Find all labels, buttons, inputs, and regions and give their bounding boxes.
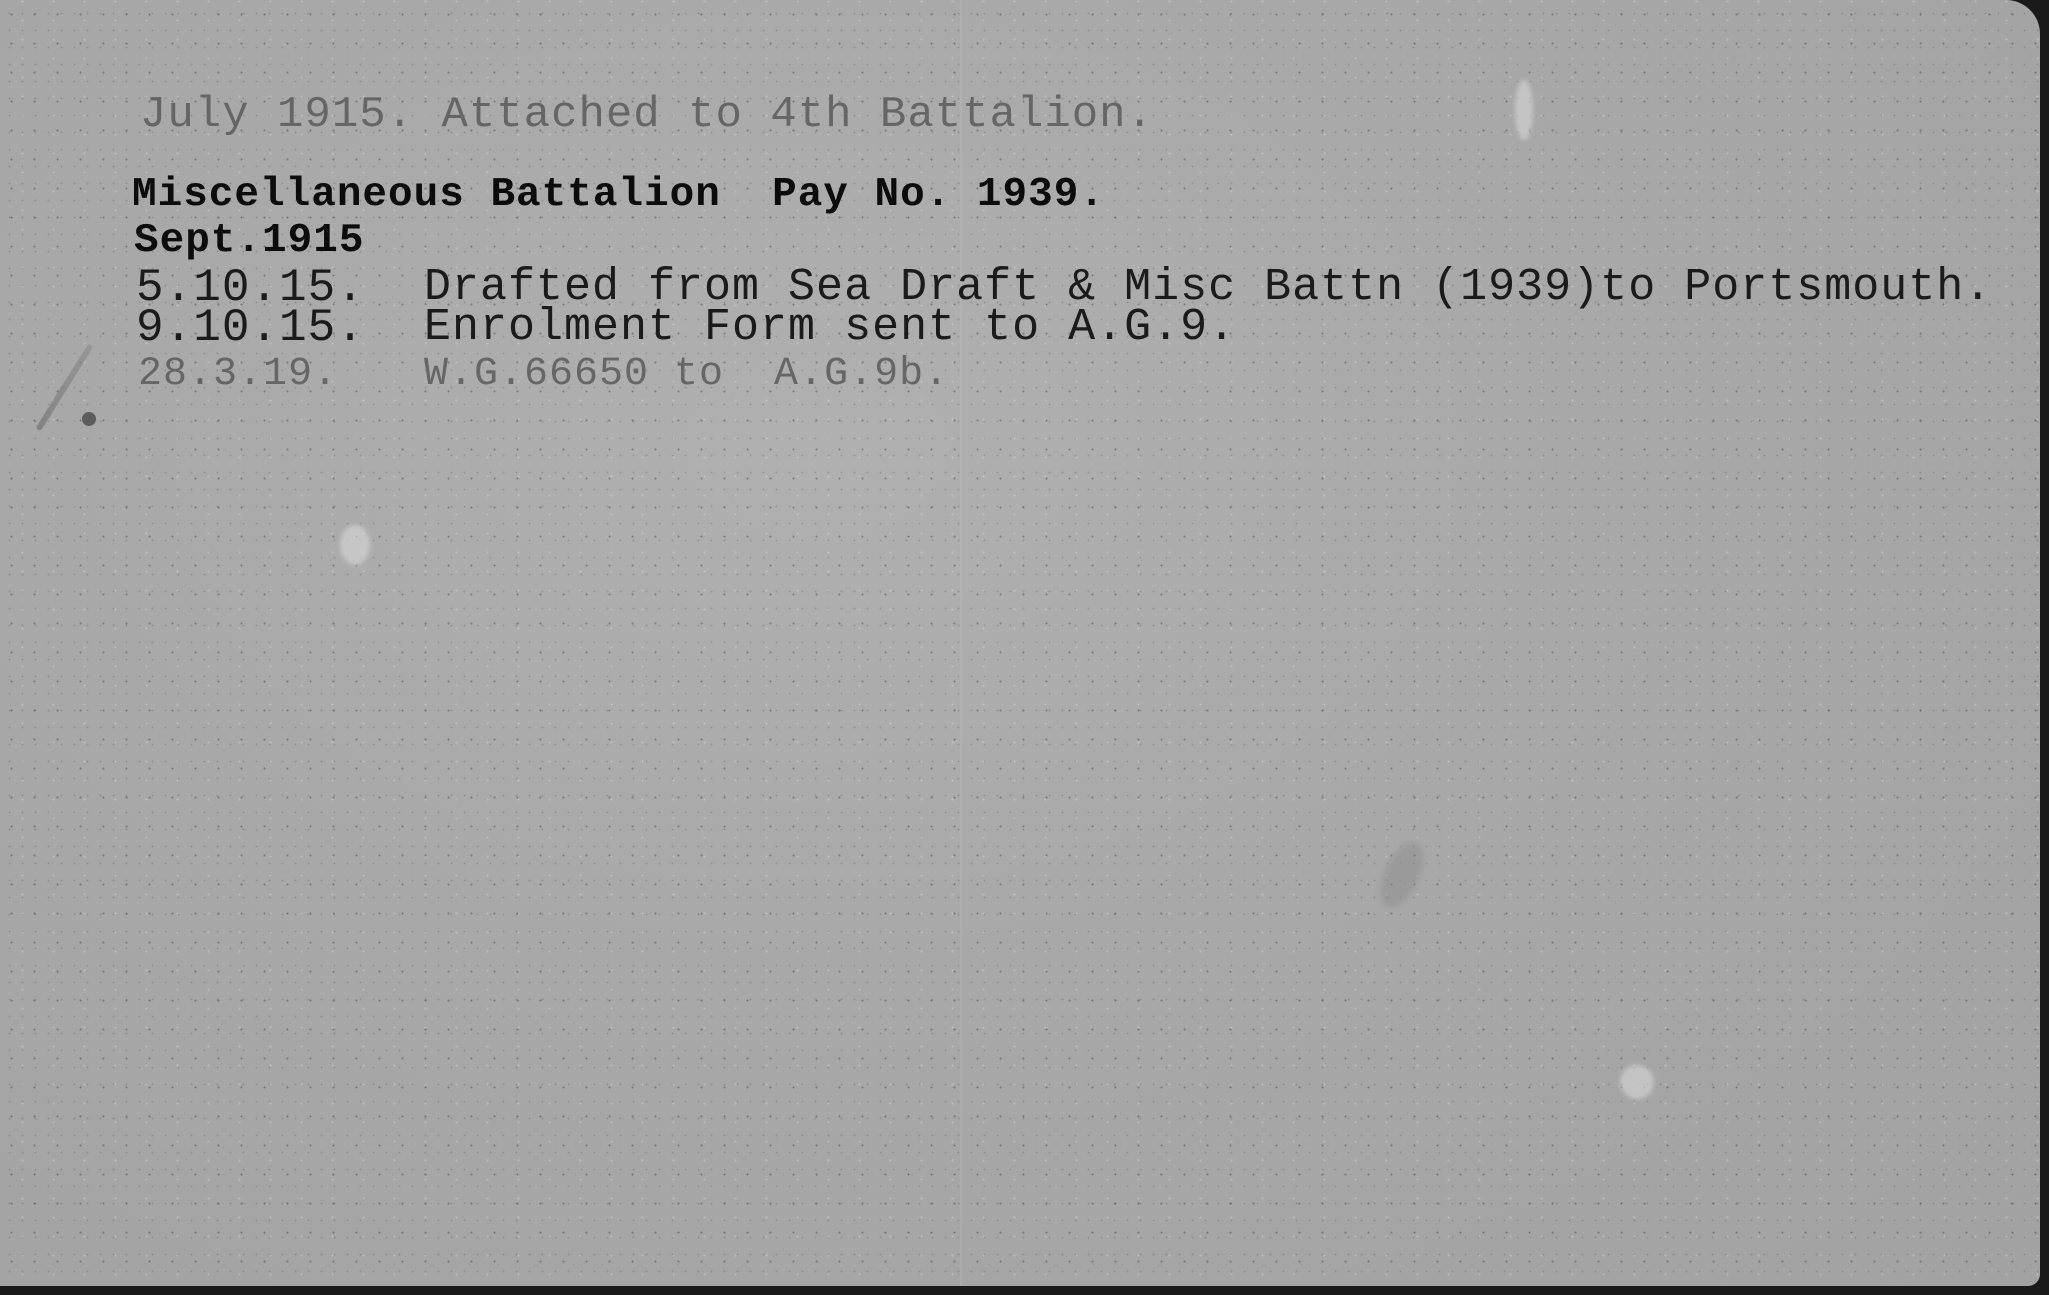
- entry-text: Enrolment Form sent to A.G.9.: [424, 302, 1236, 353]
- subheader-date: Sept.1915: [134, 218, 364, 264]
- header-line: Miscellaneous Battalion Pay No. 1939.: [132, 172, 1105, 218]
- entry-date: 28.3.19.: [138, 352, 338, 397]
- entry-date: 9.10.15.: [136, 302, 365, 354]
- paper-blemish: [1620, 1065, 1654, 1099]
- paper-blemish: [340, 525, 370, 565]
- paper-blemish: [1515, 80, 1533, 140]
- entry-text: W.G.66650 to A.G.9b.: [424, 352, 949, 397]
- record-card: July 1915. Attached to 4th Battalion. Mi…: [0, 0, 2040, 1286]
- top-note: July 1915. Attached to 4th Battalion.: [140, 90, 1154, 140]
- pencil-mark-tip: [82, 412, 96, 426]
